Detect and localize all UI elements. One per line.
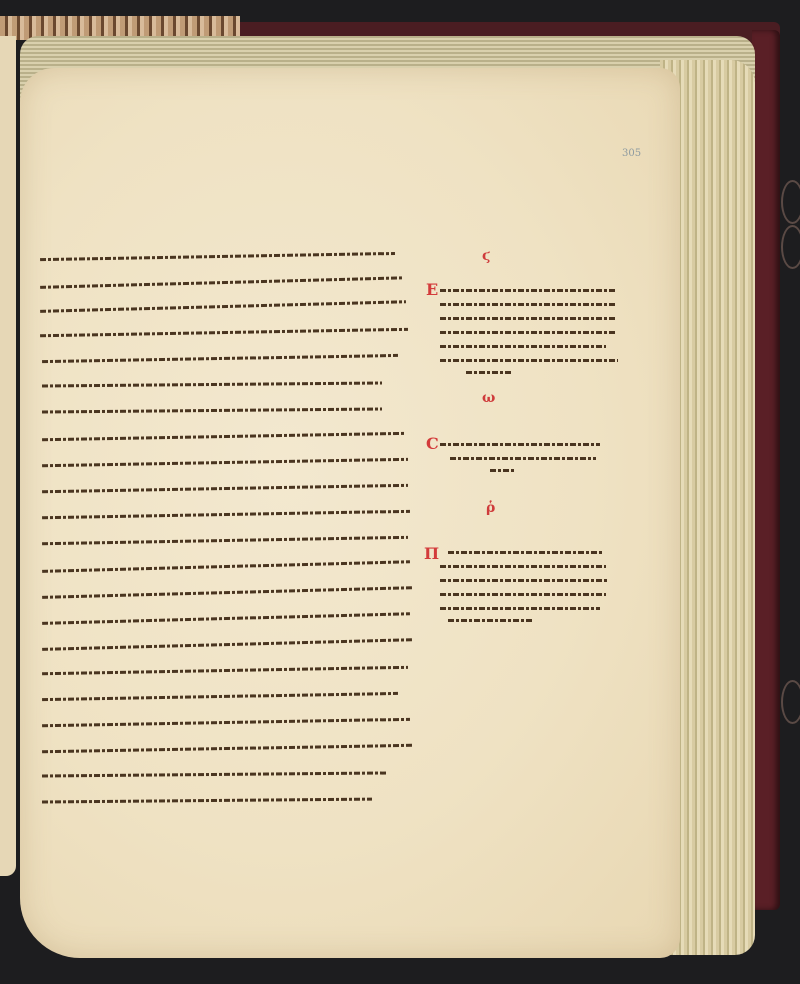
binding-right bbox=[752, 30, 780, 910]
commentary-line bbox=[440, 438, 605, 450]
commentary-line bbox=[440, 588, 610, 600]
rubric-initial-3: Π bbox=[424, 544, 439, 563]
commentary-line bbox=[440, 326, 620, 338]
section-mark-1: ϛ bbox=[482, 248, 491, 264]
clasp-upper bbox=[781, 180, 800, 224]
clasp-bottom bbox=[781, 680, 800, 724]
commentary-line bbox=[440, 284, 620, 296]
commentary-line bbox=[440, 312, 620, 324]
commentary-line bbox=[440, 298, 620, 310]
rubric-initial-2: C bbox=[426, 434, 439, 453]
rubric-initial-1: Ε bbox=[426, 280, 438, 299]
commentary-line bbox=[466, 366, 516, 378]
left-page-edge bbox=[0, 36, 16, 876]
clasp-lower bbox=[781, 225, 800, 269]
commentary-line bbox=[440, 574, 612, 586]
section-mark-3: ῥ bbox=[486, 500, 495, 516]
section-mark-2: ω bbox=[482, 390, 495, 406]
folio-number: 305 bbox=[622, 148, 641, 159]
commentary-line bbox=[448, 614, 538, 626]
commentary-line bbox=[490, 464, 520, 476]
commentary-line bbox=[440, 354, 622, 366]
commentary-line bbox=[440, 602, 605, 614]
commentary-line bbox=[440, 560, 610, 572]
commentary-line bbox=[440, 340, 610, 352]
commentary-line bbox=[448, 546, 608, 558]
commentary-line bbox=[450, 452, 600, 464]
